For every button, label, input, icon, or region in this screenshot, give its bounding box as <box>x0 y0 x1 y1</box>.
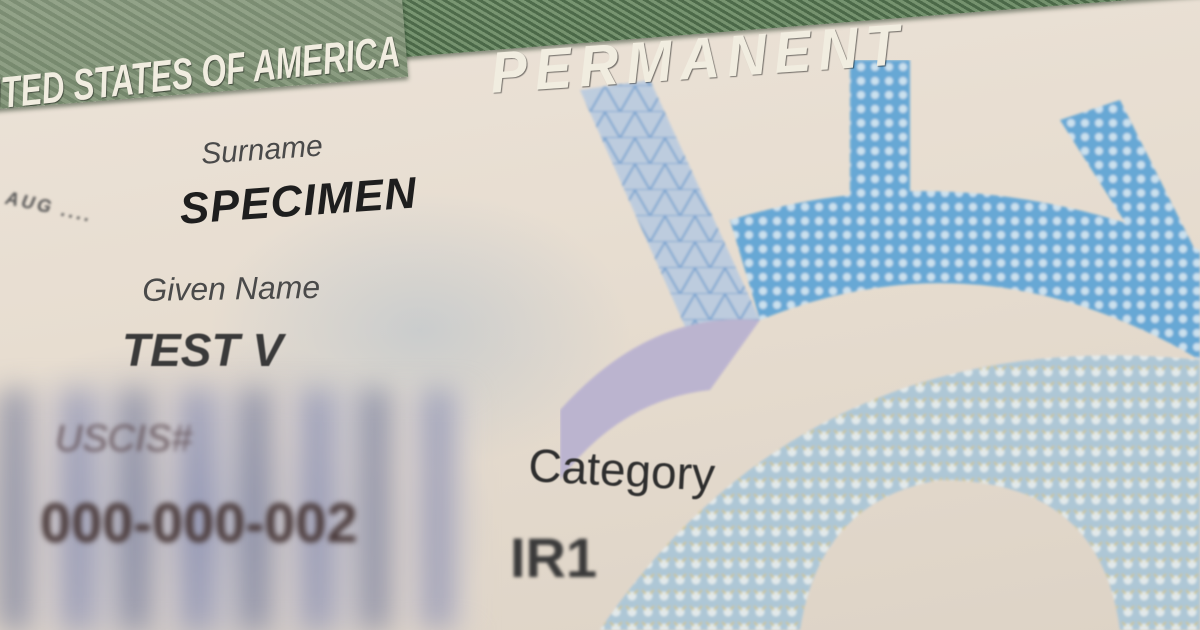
uscis-number-value: 000-000-002 <box>40 490 358 555</box>
green-card-photo: ITED STATES OF AMERICA PERMANENT AUG ...… <box>0 0 1200 630</box>
date-fragment: AUG .... <box>4 188 95 227</box>
category-value: IR1 <box>510 525 597 590</box>
statue-of-liberty-crown-pattern <box>560 60 1200 630</box>
surname-label: Surname <box>200 130 324 172</box>
given-name-label: Given Name <box>142 269 320 309</box>
uscis-number-label: USCIS# <box>55 418 192 461</box>
surname-value: SPECIMEN <box>178 168 419 234</box>
given-name-value: TEST V <box>122 323 283 377</box>
category-label: Category <box>527 438 716 502</box>
